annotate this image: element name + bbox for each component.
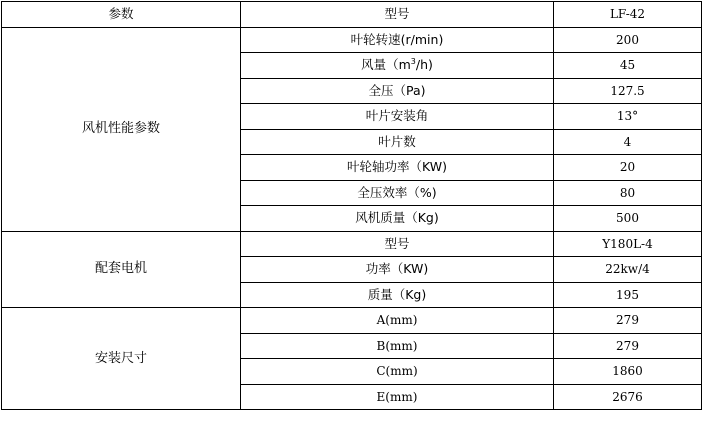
param-text: /h) (416, 57, 433, 72)
group-label-fan-performance: 风机性能参数 (2, 27, 241, 231)
param-cell: 型号 (241, 231, 554, 257)
value-cell: 279 (554, 333, 702, 359)
header-model: 型号 (241, 2, 554, 28)
group-label-installation-dimensions: 安装尺寸 (2, 308, 241, 410)
value-cell: 20 (554, 155, 702, 181)
fan-spec-table: 参数 型号 LF-42 风机性能参数 叶轮转速(r/min) 200 风量（m3… (1, 1, 702, 410)
value-cell: 279 (554, 308, 702, 334)
param-text: 风量（m (361, 57, 411, 72)
value-cell: 4 (554, 129, 702, 155)
value-cell: 22kw/4 (554, 257, 702, 283)
value-cell: 1860 (554, 359, 702, 385)
header-parameter: 参数 (2, 2, 241, 28)
value-cell: 195 (554, 282, 702, 308)
param-cell: 功率（KW) (241, 257, 554, 283)
table-row: 安装尺寸 A(mm) 279 (2, 308, 702, 334)
value-cell: 13° (554, 104, 702, 130)
param-cell: 叶轮轴功率（KW) (241, 155, 554, 181)
value-cell: Y180L-4 (554, 231, 702, 257)
value-cell: 127.5 (554, 78, 702, 104)
param-cell: 风机质量（Kg) (241, 206, 554, 232)
param-cell: 叶片数 (241, 129, 554, 155)
value-cell: 45 (554, 53, 702, 79)
param-cell: 全压效率（%) (241, 180, 554, 206)
param-cell: 风量（m3/h) (241, 53, 554, 79)
value-cell: 500 (554, 206, 702, 232)
table-row: 配套电机 型号 Y180L-4 (2, 231, 702, 257)
param-cell: 质量（Kg) (241, 282, 554, 308)
param-cell: E(mm) (241, 384, 554, 410)
group-label-motor: 配套电机 (2, 231, 241, 308)
header-model-value: LF-42 (554, 2, 702, 28)
param-cell: A(mm) (241, 308, 554, 334)
value-cell: 2676 (554, 384, 702, 410)
table-row: 风机性能参数 叶轮转速(r/min) 200 (2, 27, 702, 53)
value-cell: 80 (554, 180, 702, 206)
header-row: 参数 型号 LF-42 (2, 2, 702, 28)
param-cell: 叶片安装角 (241, 104, 554, 130)
param-cell: 全压（Pa) (241, 78, 554, 104)
param-cell: B(mm) (241, 333, 554, 359)
param-cell: 叶轮转速(r/min) (241, 27, 554, 53)
param-cell: C(mm) (241, 359, 554, 385)
value-cell: 200 (554, 27, 702, 53)
